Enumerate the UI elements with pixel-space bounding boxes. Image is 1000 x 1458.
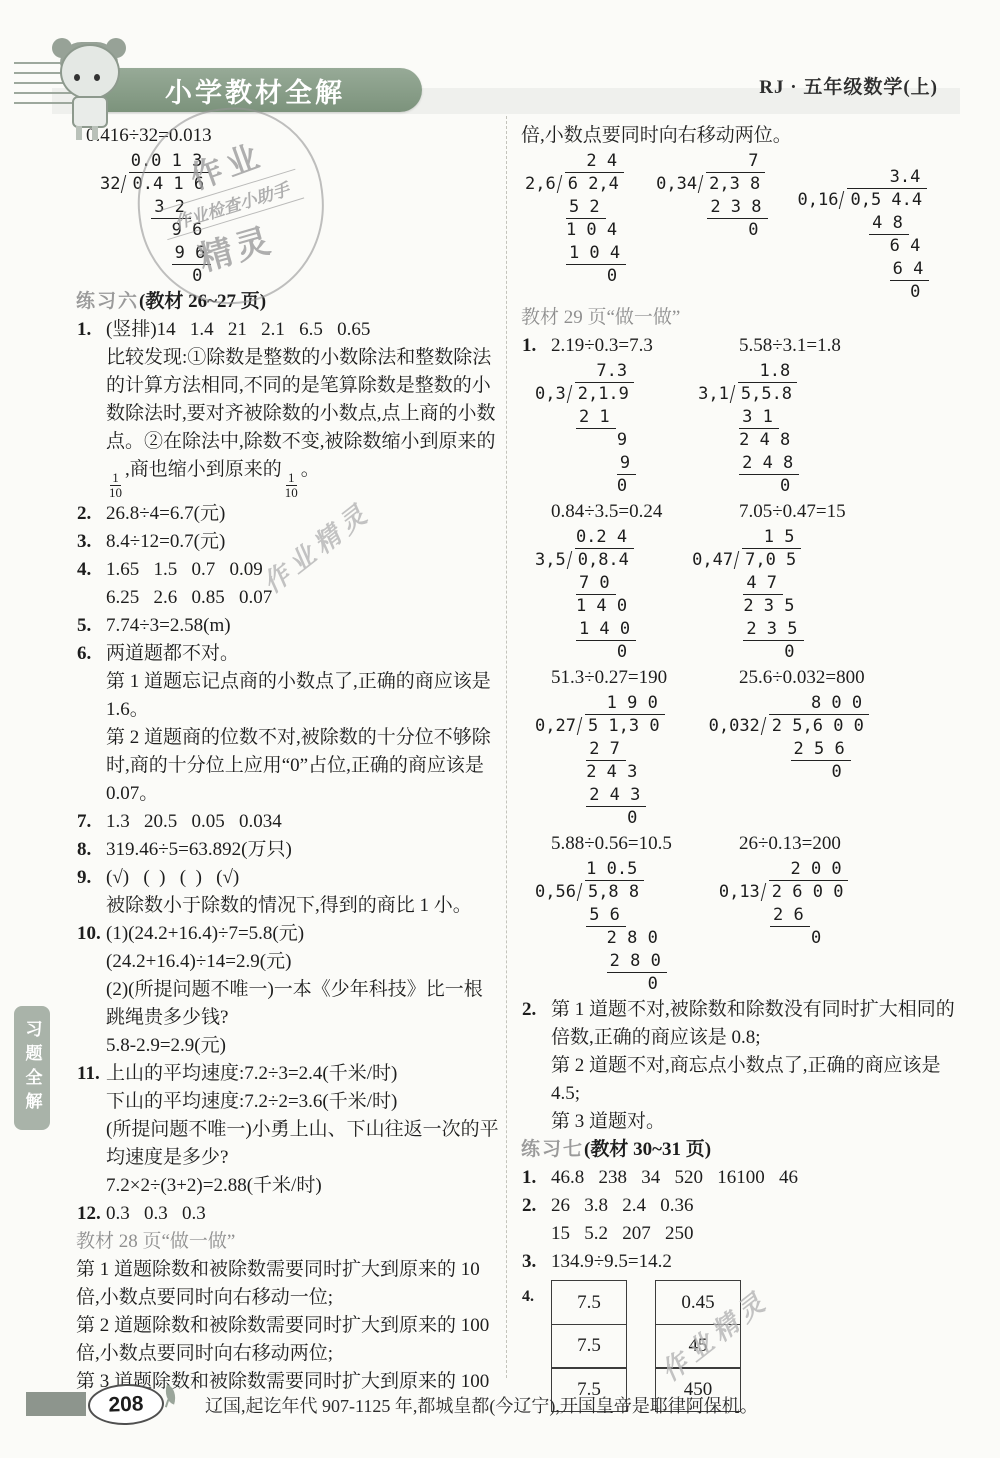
division-step: 3 2 bbox=[100, 196, 211, 219]
item-number: 1. bbox=[77, 316, 91, 344]
section-header: 练习七(教材 30~31 页) bbox=[521, 1136, 967, 1164]
long-division: 1 0.50,565,8 8 5 6 2 8 0 2 8 0 0 bbox=[535, 858, 667, 996]
item-number: 3. bbox=[77, 528, 91, 556]
division-head: 0,477,0 5 bbox=[692, 549, 803, 572]
division-step-value: 2 7 bbox=[586, 739, 626, 761]
division-step-value: 2 4 8 bbox=[739, 430, 790, 450]
answer-text: 46.8 238 34 520 16100 46 bbox=[551, 1167, 798, 1188]
long-division: 0.2 43,50,8.4 7 0 1 4 0 1 4 0 0 bbox=[535, 526, 636, 664]
equation: 5.88÷0.56=10.5 bbox=[551, 833, 672, 854]
answer-text: 第 1 道题忘记点商的小数点了,正确的商应该是 1.6。 bbox=[106, 671, 496, 720]
answer-text: 第 1 道题除数和被除数需要同时扩大到原来的 10倍,小数点要同时向右移动一位; bbox=[76, 1259, 480, 1308]
answer-item: 1.46.8 238 34 520 16100 46 bbox=[521, 1164, 967, 1192]
division-step: 6 4 bbox=[798, 235, 930, 258]
division-divisor: 0,16 bbox=[798, 190, 839, 210]
section-textbook-ref: (教材 30~31 页) bbox=[584, 1139, 711, 1160]
division-quotient: 0.2 4 bbox=[535, 526, 636, 549]
answer-text: (竖排)14 1.4 21 2.1 6.5 0.65 bbox=[106, 319, 370, 340]
division-step-value: 1 0 4 bbox=[566, 220, 617, 240]
section-title: 练习六 bbox=[76, 291, 139, 312]
equation: 5.58÷3.1=1.8 bbox=[739, 332, 841, 360]
answer-paragraph: 第 1 道题除数和被除数需要同时扩大到原来的 10倍,小数点要同时向右移动一位; bbox=[76, 1256, 500, 1312]
answer-item: 4.1.65 1.5 0.7 0.09 bbox=[76, 556, 500, 584]
division-dividend: 5,8 8 bbox=[585, 880, 644, 902]
fraction: 110 bbox=[109, 471, 122, 500]
answer-item: 3.134.9÷9.5=14.2 bbox=[521, 1248, 967, 1276]
division-quotient: 1.8 bbox=[698, 360, 799, 383]
answer-continuation: 15 5.2 207 250 bbox=[521, 1220, 967, 1248]
answer-text: 第 2 道题不对,商忘点小数点了,正确的商应该是 4.5; bbox=[551, 1055, 945, 1104]
division-step-value: 0 bbox=[748, 220, 758, 240]
answer-text: 被除数小于除数的情况下,得到的商比 1 小。 bbox=[106, 895, 472, 916]
division-step: 6 4 bbox=[798, 258, 930, 281]
equation: 2.19÷0.3=7.3 bbox=[551, 335, 653, 356]
footer-note: 辽国,起讫年代 907-1125 年,都城皇都(今辽宁),开国皇帝是耶律阿保机。 bbox=[205, 1392, 758, 1418]
division-head: 0,160,5 4.4 bbox=[798, 189, 930, 212]
division-step: 1 0 4 bbox=[525, 242, 626, 265]
item-number: 2. bbox=[522, 1192, 536, 1220]
division-step: 0 bbox=[100, 265, 211, 288]
division-dividend: 2 5,6 0 0 bbox=[769, 714, 869, 736]
division-step-value: 2 4 8 bbox=[739, 453, 799, 475]
division-step: 0 bbox=[535, 475, 636, 498]
answer-continuation: 第 2 道题不对,商忘点小数点了,正确的商应该是 4.5; bbox=[521, 1052, 967, 1108]
division-step-value: 6 4 bbox=[890, 259, 930, 281]
division-bracket-icon bbox=[761, 883, 766, 901]
section-title: 练习七 bbox=[521, 1139, 584, 1160]
division-step: 2 8 0 bbox=[535, 927, 667, 950]
division-step: 2 1 bbox=[535, 406, 636, 429]
answer-continuation: 第 3 道题对。 bbox=[521, 1108, 967, 1136]
page-number: 208 bbox=[108, 1392, 144, 1417]
answer-continuation: (2)(所提问题不唯一)一本《少年科技》比一根跳绳贵多少钱? bbox=[76, 976, 500, 1032]
division-quotient: 1 0.5 bbox=[535, 858, 667, 881]
division-quotient: 1 9 0 bbox=[535, 692, 665, 715]
answer-text: 134.9÷9.5=14.2 bbox=[551, 1251, 672, 1272]
division-dividend: 0,5 4.4 bbox=[847, 188, 927, 210]
item-number: 3. bbox=[522, 1248, 536, 1276]
division-step-value: 2 3 8 bbox=[707, 197, 767, 219]
series-logo-banner: 小学教材全解 bbox=[88, 68, 422, 112]
answer-continuation: 6.25 2.6 0.85 0.07 bbox=[76, 584, 500, 612]
long-division: 70,342,3 8 2 3 8 0 bbox=[656, 150, 767, 242]
equation: 25.6÷0.032=800 bbox=[739, 664, 865, 692]
division-bracket-icon bbox=[577, 883, 582, 901]
item-number: 5. bbox=[77, 612, 91, 640]
answer-text: 7.74÷3=2.58(m) bbox=[106, 615, 231, 636]
division-step-value: 9 bbox=[617, 453, 636, 475]
division-step-value: 0 bbox=[648, 974, 658, 994]
answer-text: 0.3 0.3 0.3 bbox=[106, 1203, 206, 1224]
box-cell: 0.45 bbox=[655, 1280, 741, 1325]
division-step-value: 0 bbox=[831, 762, 841, 782]
answer-continuation: 被除数小于除数的情况下,得到的商比 1 小。 bbox=[76, 892, 500, 920]
answer-item: 8.319.46÷5=63.892(万只) bbox=[76, 836, 500, 864]
item-number: 8. bbox=[77, 836, 91, 864]
division-step: 0 bbox=[525, 265, 626, 288]
division-step: 2 4 8 bbox=[698, 429, 799, 452]
item-number: 2. bbox=[77, 500, 91, 528]
division-step-value: 7 0 bbox=[576, 573, 616, 595]
division-step: 2 8 0 bbox=[535, 950, 667, 973]
division-step: 9 6 bbox=[100, 219, 211, 242]
answers-column-right: 倍,小数点要同时向右移动两位。 2 42,66 2,4 5 2 1 0 4 1 … bbox=[521, 122, 967, 1416]
series-logo-text: 小学教材全解 bbox=[165, 71, 345, 110]
item-number: 9. bbox=[77, 864, 91, 892]
item-number: 6. bbox=[77, 640, 91, 668]
edition-label: RJ · 五年级数学(上) bbox=[759, 72, 938, 99]
division-dividend: 5,5.8 bbox=[738, 382, 797, 404]
answer-text: 5.8-2.9=2.9(元) bbox=[106, 1035, 226, 1056]
equation: 51.3÷0.27=190 bbox=[551, 667, 667, 688]
answer-text: 第 2 道题商的位数不对,被除数的十分位不够除时,商的十分位上应用“0”占位,正… bbox=[106, 727, 491, 804]
mascot-icon bbox=[14, 38, 134, 148]
item-number: 12. bbox=[77, 1200, 101, 1228]
division-step: 0 bbox=[798, 281, 930, 304]
long-division: 1 50,477,0 5 4 7 2 3 5 2 3 5 0 bbox=[692, 526, 803, 664]
division-head: 0,0322 5,6 0 0 bbox=[709, 715, 869, 738]
long-division-row: 7.30,32,1.9 2 1 9 9 0 1.83,15,5.8 3 1 2 … bbox=[535, 360, 967, 498]
answer-paragraph: 倍,小数点要同时向右移动两位。 bbox=[521, 122, 967, 150]
division-step-value: 2 1 bbox=[576, 407, 616, 429]
division-step-value: 0 bbox=[617, 642, 627, 662]
division-step: 2 5 6 bbox=[709, 738, 869, 761]
answer-item: 6.两道题都不对。 bbox=[76, 640, 500, 668]
equation: 0.84÷3.5=0.24 bbox=[551, 501, 662, 522]
division-bracket-icon bbox=[698, 175, 703, 193]
division-head: 320.4 1 6 bbox=[100, 173, 211, 196]
division-head: 0,342,3 8 bbox=[656, 173, 767, 196]
division-step-value: 1 0 4 bbox=[566, 243, 626, 265]
answer-continuation: 比较发现:①除数是整数的小数除法和整数除法的计算方法相同,不同的是笔算除数是整数… bbox=[76, 344, 500, 500]
answer-text: 1.65 1.5 0.7 0.09 bbox=[106, 559, 263, 580]
answer-continuation: 5.8-2.9=2.9(元) bbox=[76, 1032, 500, 1060]
division-step-value: 2 5 6 bbox=[791, 739, 851, 761]
division-step: 0 bbox=[698, 475, 799, 498]
division-step: 5 2 bbox=[525, 196, 626, 219]
division-step-value: 0 bbox=[910, 282, 920, 302]
division-step-value: 3 2 bbox=[151, 197, 191, 219]
answer-text: (1)(24.2+16.4)÷7=5.8(元) bbox=[106, 923, 304, 944]
division-head: 0,132 6 0 0 bbox=[719, 881, 849, 904]
division-bracket-icon bbox=[839, 191, 844, 209]
division-step-value: 4 7 bbox=[743, 573, 783, 595]
division-step: 2 6 bbox=[719, 904, 849, 927]
item-number: 10. bbox=[77, 920, 101, 948]
answer-continuation: (24.2+16.4)÷14=2.9(元) bbox=[76, 948, 500, 976]
answer-text: 上山的平均速度:7.2÷3=2.4(千米/时) bbox=[106, 1063, 397, 1084]
long-division: 8 0 00,0322 5,6 0 0 2 5 6 0 bbox=[709, 692, 869, 784]
division-step: 5 6 bbox=[535, 904, 667, 927]
answer-continuation: 7.2×2÷(3+2)=2.88(千米/时) bbox=[76, 1172, 500, 1200]
answer-text: 26 3.8 2.4 0.36 bbox=[551, 1195, 694, 1216]
item-number: 1. bbox=[522, 332, 536, 360]
answer-text: 7.2×2÷(3+2)=2.88(千米/时) bbox=[106, 1175, 322, 1196]
division-quotient: 2 4 bbox=[525, 150, 626, 173]
answer-item: 9.(√) ( ) ( ) (√) bbox=[76, 864, 500, 892]
equation-row: 5.88÷0.56=10.526÷0.13=200 bbox=[521, 830, 967, 858]
long-division: 0.0 1 3320.4 1 6 3 2 9 6 9 6 0 bbox=[100, 150, 211, 288]
equation-row: 51.3÷0.27=19025.6÷0.032=800 bbox=[521, 664, 967, 692]
long-division-row: 0.2 43,50,8.4 7 0 1 4 0 1 4 0 0 1 50,477… bbox=[535, 526, 967, 664]
division-bracket-icon bbox=[566, 385, 571, 403]
answer-text: 6.25 2.6 0.85 0.07 bbox=[106, 587, 272, 608]
division-bracket-icon bbox=[556, 175, 561, 193]
division-step-value: 2 8 0 bbox=[607, 951, 667, 973]
answer-item: 5.7.74÷3=2.58(m) bbox=[76, 612, 500, 640]
division-step: 0 bbox=[535, 641, 636, 664]
division-step: 9 bbox=[535, 452, 636, 475]
division-step: 1 4 0 bbox=[535, 618, 636, 641]
division-dividend: 2,1.9 bbox=[575, 382, 634, 404]
division-quotient: 7 bbox=[656, 150, 767, 173]
division-step-value: 1 4 0 bbox=[576, 596, 627, 616]
division-step-value: 0 bbox=[627, 808, 637, 828]
answer-text: 319.46÷5=63.892(万只) bbox=[106, 839, 292, 860]
division-quotient: 3.4 bbox=[798, 166, 930, 189]
division-step: 0 bbox=[719, 927, 849, 950]
answer-continuation: 第 2 道题商的位数不对,被除数的十分位不够除时,商的十分位上应用“0”占位,正… bbox=[76, 724, 500, 808]
division-step-value: 9 6 bbox=[172, 243, 212, 265]
answer-continuation: (所提问题不唯一)小勇上山、下山往返一次的平均速度是多少? bbox=[76, 1116, 500, 1172]
answer-text: 下山的平均速度:7.2÷2=3.6(千米/时) bbox=[106, 1091, 397, 1112]
equation-row: 0.84÷3.5=0.247.05÷0.47=15 bbox=[521, 498, 967, 526]
division-step: 9 6 bbox=[100, 242, 211, 265]
division-bracket-icon bbox=[566, 551, 571, 569]
division-divisor: 3,1 bbox=[698, 384, 729, 404]
long-division: 7.30,32,1.9 2 1 9 9 0 bbox=[535, 360, 636, 498]
section-textbook-ref: (教材 26~27 页) bbox=[139, 291, 266, 312]
sidebar-tab-label: 习题全解 bbox=[20, 1020, 45, 1116]
footer-block bbox=[26, 1392, 86, 1416]
division-divisor: 0,3 bbox=[535, 384, 566, 404]
answer-item: 2.26.8÷4=6.7(元) bbox=[76, 500, 500, 528]
division-step-value: 0 bbox=[617, 476, 627, 496]
division-step-value: 0 bbox=[192, 266, 202, 286]
division-head: 0,565,8 8 bbox=[535, 881, 667, 904]
division-dividend: 7,0 5 bbox=[742, 548, 801, 570]
division-bracket-icon bbox=[734, 551, 739, 569]
answer-item: 7.1.3 20.5 0.05 0.034 bbox=[76, 808, 500, 836]
division-step-value: 1 4 0 bbox=[576, 619, 636, 641]
answer-item: 12.0.3 0.3 0.3 bbox=[76, 1200, 500, 1228]
long-division: 1.83,15,5.8 3 1 2 4 8 2 4 8 0 bbox=[698, 360, 799, 498]
division-step-value: 4 8 bbox=[869, 213, 909, 235]
division-dividend: 2 6 0 0 bbox=[769, 880, 849, 902]
division-bracket-icon bbox=[761, 717, 766, 735]
division-step: 0 bbox=[709, 761, 869, 784]
division-bracket-icon bbox=[730, 385, 735, 403]
division-divisor: 2,6 bbox=[525, 174, 556, 194]
item-number: 4. bbox=[77, 556, 91, 584]
equation-row: 1.2.19÷0.3=7.35.58÷3.1=1.8 bbox=[521, 332, 967, 360]
item-number: 11. bbox=[77, 1060, 100, 1088]
answer-text: (所提问题不唯一)小勇上山、下山往返一次的平均速度是多少? bbox=[106, 1119, 499, 1168]
division-step: 9 bbox=[535, 429, 636, 452]
answer-text: (√) ( ) ( ) (√) bbox=[106, 867, 239, 888]
division-step: 0 bbox=[656, 219, 767, 242]
answer-continuation: 第 1 道题忘记点商的小数点了,正确的商应该是 1.6。 bbox=[76, 668, 500, 724]
long-division-row: 1 9 00,275 1,3 0 2 7 2 4 3 2 4 3 0 8 0 0… bbox=[535, 692, 967, 830]
division-head: 3,15,5.8 bbox=[698, 383, 799, 406]
division-step-value: 3 1 bbox=[739, 407, 779, 429]
item-number: 7. bbox=[77, 808, 91, 836]
box-cell: 7.5 bbox=[551, 1280, 627, 1325]
section-header: 练习六(教材 26~27 页) bbox=[76, 288, 500, 316]
answer-text: 倍,小数点要同时向右移动两位。 bbox=[521, 125, 792, 146]
division-dividend: 5 1,3 0 bbox=[585, 714, 665, 736]
equation: 7.05÷0.47=15 bbox=[739, 498, 846, 526]
division-dividend: 2,3 8 bbox=[706, 172, 765, 194]
division-dividend: 0,8.4 bbox=[575, 548, 634, 570]
division-step-value: 9 6 bbox=[172, 220, 203, 240]
division-bracket-icon bbox=[121, 175, 126, 193]
division-step: 7 0 bbox=[535, 572, 636, 595]
equation-line: 0.416÷32=0.013 bbox=[76, 122, 500, 150]
division-step: 2 4 3 bbox=[535, 784, 665, 807]
box-cell: 45 bbox=[655, 1324, 741, 1369]
long-division: 1 9 00,275 1,3 0 2 7 2 4 3 2 4 3 0 bbox=[535, 692, 665, 830]
item-number: 2. bbox=[522, 996, 536, 1024]
answer-item: 10.(1)(24.2+16.4)÷7=5.8(元) bbox=[76, 920, 500, 948]
box-cell: 7.5 bbox=[551, 1324, 627, 1369]
answer-item: 1.(竖排)14 1.4 21 2.1 6.5 0.65 bbox=[76, 316, 500, 344]
long-division-row: 2 42,66 2,4 5 2 1 0 4 1 0 4 0 70,342,3 8… bbox=[525, 150, 967, 304]
answer-text: 第 3 道题对。 bbox=[551, 1111, 665, 1132]
answer-text: 15 5.2 207 250 bbox=[551, 1223, 694, 1244]
answer-text: 两道题都不对。 bbox=[106, 643, 239, 664]
answer-item: 11.上山的平均速度:7.2÷3=2.4(千米/时) bbox=[76, 1060, 500, 1088]
division-divisor: 0,032 bbox=[709, 716, 760, 736]
division-step-value: 0 bbox=[607, 266, 617, 286]
division-dividend: 0.4 1 6 bbox=[129, 172, 209, 194]
division-quotient: 2 0 0 bbox=[719, 858, 849, 881]
division-quotient: 8 0 0 bbox=[709, 692, 869, 715]
long-division: 2 42,66 2,4 5 2 1 0 4 1 0 4 0 bbox=[525, 150, 626, 288]
answers-column-left: 0.416÷32=0.013 0.0 1 3320.4 1 6 3 2 9 6 … bbox=[76, 122, 500, 1396]
division-step: 2 3 5 bbox=[692, 595, 803, 618]
division-bracket-icon bbox=[577, 717, 582, 735]
division-step: 2 4 3 bbox=[535, 761, 665, 784]
division-step-value: 9 bbox=[617, 430, 627, 450]
division-divisor: 3,5 bbox=[535, 550, 566, 570]
sidebar-tab: 习题全解 bbox=[14, 1006, 50, 1130]
textbook-ref-header: 教材 28 页“做一做” bbox=[76, 1228, 500, 1256]
answer-text: 第 1 道题不对,被除数和除数没有同时扩大相同的倍数,正确的商应该是 0.8; bbox=[551, 999, 955, 1048]
division-step-value: 2 6 bbox=[770, 905, 810, 927]
answer-item: 2.26 3.8 2.4 0.36 bbox=[521, 1192, 967, 1220]
fraction: 110 bbox=[285, 471, 298, 500]
division-step: 2 4 8 bbox=[698, 452, 799, 475]
long-division-row: 1 0.50,565,8 8 5 6 2 8 0 2 8 0 0 2 0 00,… bbox=[535, 858, 967, 996]
division-step-value: 2 4 3 bbox=[586, 762, 637, 782]
page-number-badge: 208 bbox=[87, 1383, 164, 1427]
long-division: 3.40,160,5 4.4 4 8 6 4 6 4 0 bbox=[798, 166, 930, 304]
answer-text: (24.2+16.4)÷14=2.9(元) bbox=[106, 951, 291, 972]
answer-text: 8.4÷12=0.7(元) bbox=[106, 531, 225, 552]
division-dividend: 6 2,4 bbox=[565, 172, 624, 194]
division-step-value: 2 8 0 bbox=[607, 928, 658, 948]
division-step: 3 1 bbox=[698, 406, 799, 429]
division-step-value: 2 4 3 bbox=[586, 785, 646, 807]
item-number: 4. bbox=[522, 1288, 534, 1306]
division-step: 4 8 bbox=[798, 212, 930, 235]
division-step-value: 0 bbox=[811, 928, 821, 948]
answer-text: 教材 28 页“做一做” bbox=[76, 1231, 235, 1252]
answer-text: 26.8÷4=6.7(元) bbox=[106, 503, 225, 524]
answer-item: 3.8.4÷12=0.7(元) bbox=[76, 528, 500, 556]
division-step: 0 bbox=[535, 973, 667, 996]
answer-text: 比较发现:①除数是整数的小数除法和整数除法的计算方法相同,不同的是笔算除数是整数… bbox=[106, 347, 496, 480]
division-step-value: 2 3 5 bbox=[743, 619, 803, 641]
column-divider bbox=[506, 116, 507, 1378]
division-head: 3,50,8.4 bbox=[535, 549, 636, 572]
division-step: 1 0 4 bbox=[525, 219, 626, 242]
answer-text: 教材 29 页“做一做” bbox=[521, 307, 680, 328]
division-head: 0,275 1,3 0 bbox=[535, 715, 665, 738]
division-divisor: 0,47 bbox=[692, 550, 733, 570]
division-divisor: 32 bbox=[100, 174, 120, 194]
answer-text: 第 2 道题除数和被除数需要同时扩大到原来的 100倍,小数点要同时向右移动两位… bbox=[76, 1315, 489, 1364]
division-step-value: 0 bbox=[784, 642, 794, 662]
item-number: 1. bbox=[522, 1164, 536, 1192]
answer-item: 2.第 1 道题不对,被除数和除数没有同时扩大相同的倍数,正确的商应该是 0.8… bbox=[521, 996, 967, 1052]
division-divisor: 0,13 bbox=[719, 882, 760, 902]
division-quotient: 0.0 1 3 bbox=[100, 150, 211, 173]
division-step-value: 5 6 bbox=[586, 905, 626, 927]
division-step-value: 0 bbox=[780, 476, 790, 496]
division-step-value: 2 3 5 bbox=[743, 596, 794, 616]
answer-text: 1.3 20.5 0.05 0.034 bbox=[106, 811, 282, 832]
division-divisor: 0,56 bbox=[535, 882, 576, 902]
long-division-row: 0.0 1 3320.4 1 6 3 2 9 6 9 6 0 bbox=[100, 150, 500, 288]
division-quotient: 7.3 bbox=[535, 360, 636, 383]
division-divisor: 0,27 bbox=[535, 716, 576, 736]
division-head: 2,66 2,4 bbox=[525, 173, 626, 196]
answer-continuation: 下山的平均速度:7.2÷2=3.6(千米/时) bbox=[76, 1088, 500, 1116]
division-step: 4 7 bbox=[692, 572, 803, 595]
division-step: 2 3 8 bbox=[656, 196, 767, 219]
textbook-ref-header: 教材 29 页“做一做” bbox=[521, 304, 967, 332]
division-head: 0,32,1.9 bbox=[535, 383, 636, 406]
division-step: 2 7 bbox=[535, 738, 665, 761]
division-step-value: 5 2 bbox=[566, 197, 606, 219]
division-quotient: 1 5 bbox=[692, 526, 803, 549]
division-step: 2 3 5 bbox=[692, 618, 803, 641]
equation: 26÷0.13=200 bbox=[739, 830, 841, 858]
long-division: 2 0 00,132 6 0 0 2 6 0 bbox=[719, 858, 849, 950]
answer-paragraph: 第 2 道题除数和被除数需要同时扩大到原来的 100倍,小数点要同时向右移动两位… bbox=[76, 1312, 500, 1368]
division-divisor: 0,34 bbox=[656, 174, 697, 194]
answer-text: (2)(所提问题不唯一)一本《少年科技》比一根跳绳贵多少钱? bbox=[106, 979, 483, 1028]
division-step-value: 6 4 bbox=[890, 236, 921, 256]
division-step: 0 bbox=[535, 807, 665, 830]
division-step: 0 bbox=[692, 641, 803, 664]
division-step: 1 4 0 bbox=[535, 595, 636, 618]
